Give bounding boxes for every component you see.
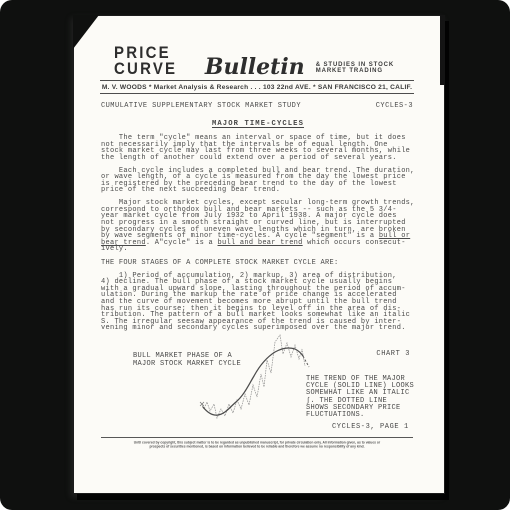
copyright-disclaimer: Until covered by copyright, this subject… [101,441,413,449]
paragraph-major-cycles: Major stock market cycles, except secula… [101,200,415,253]
document-page: PRICE CURVE Bulletin & STUDIES IN STOCK … [73,15,445,494]
document-header: CUMULATIVE SUPPLEMENTARY STOCK MARKET ST… [101,102,413,110]
masthead: PRICE CURVE Bulletin & STUDIES IN STOCK … [100,52,414,94]
major-cycle-solid-curve [203,348,303,415]
bull-market-cycle-chart [198,332,316,424]
publication-title: PRICE CURVE [114,45,198,77]
scan-background: PRICE CURVE Bulletin & STUDIES IN STOCK … [0,0,510,510]
stages-heading: THE FOUR STAGES OF A COMPLETE STOCK MARK… [101,260,415,267]
paragraph-cycle-definition: The term "cycle" means an interval or sp… [101,135,415,161]
chart-caption: THE TREND OF THE MAJORCYCLE (SOLID LINE)… [306,376,414,419]
document-code: CYCLES-3 [376,102,413,110]
article-body: MAJOR TIME-CYCLES The term "cycle" means… [101,118,415,338]
page-corner-shadow [73,15,99,49]
publication-tagline: & STUDIES IN STOCK MARKET TRADING [316,62,414,76]
page-footer: Until covered by copyright, this subject… [101,437,413,456]
publisher-address: M. V. WOODS * Market Analysis & Research… [100,81,414,93]
paragraph-four-stages: 1) Period of accumulation, 2) markup, 3)… [101,273,415,332]
masthead-rule-bottom [100,93,414,94]
chart-number: CHART 3 [376,350,410,358]
study-series-title: CUMULATIVE SUPPLEMENTARY STOCK MARKET ST… [101,102,301,110]
disclaimer-line-2: prospects of securities mentioned, is ba… [101,445,413,449]
page-edge-shadow [440,15,445,85]
page-reference: CYCLES-3, PAGE 1 [332,423,409,431]
chart-section: BULL MARKET PHASE OF AMAJOR STOCK MARKET… [101,334,413,436]
footer-rule [101,437,413,438]
article-title: MAJOR TIME-CYCLES [101,120,415,128]
masthead-title-row: PRICE CURVE Bulletin & STUDIES IN STOCK … [100,52,414,76]
paragraph-cycle-measurement: Each cycle includes a completed bull and… [101,168,415,194]
publication-title-script: Bulletin [205,59,305,76]
